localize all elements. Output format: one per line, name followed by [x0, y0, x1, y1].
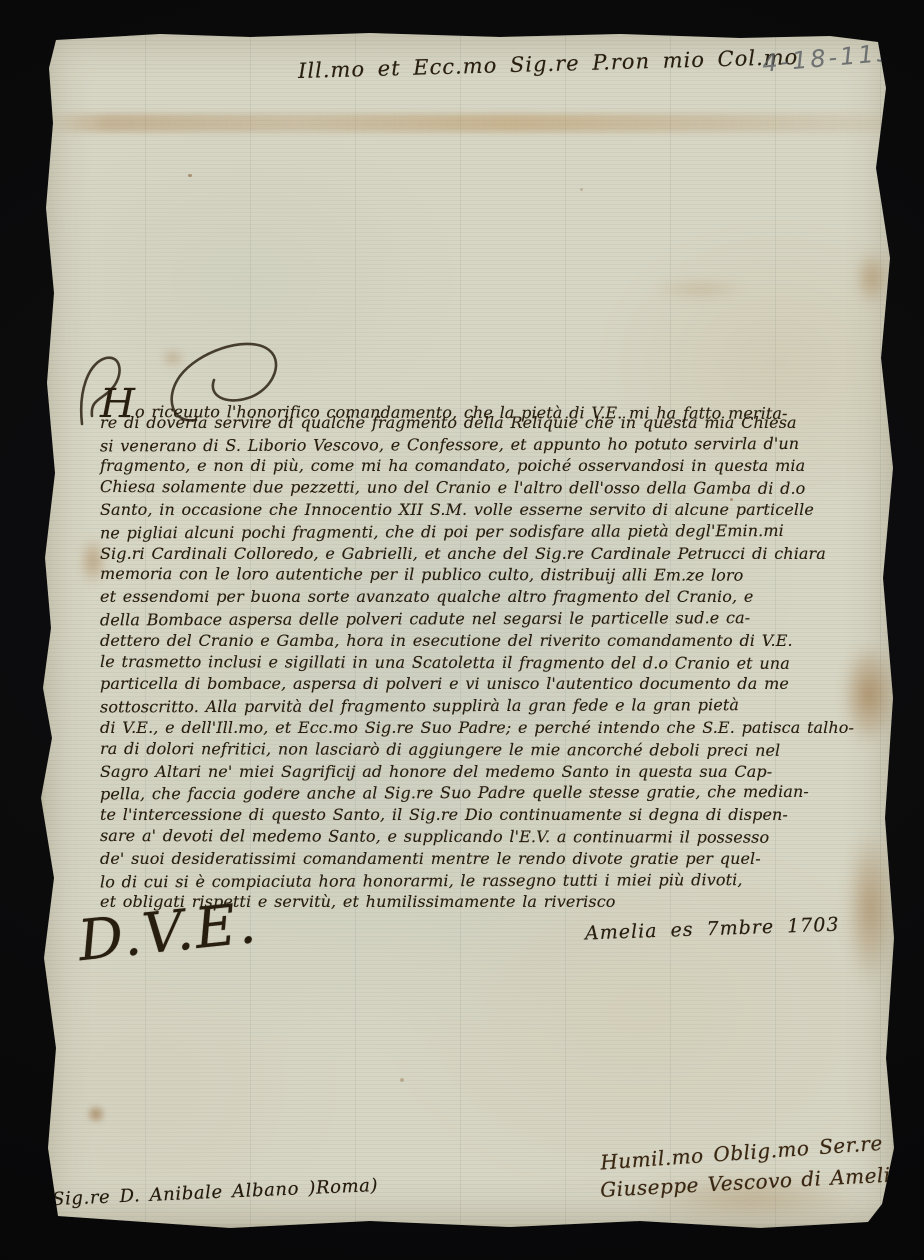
manuscript-line: Santo, in occasione che Innocentio XII S… — [100, 499, 882, 521]
signature-block: Humil.mo Oblig.mo Ser.re Giuseppe Vescov… — [600, 1140, 900, 1194]
manuscript-line: particella di bombace, aspersa di polver… — [100, 673, 882, 695]
ink-speck — [580, 188, 583, 191]
manuscript-line: dettero del Cranio e Gamba, hora in esec… — [100, 630, 882, 652]
manuscript-line: et essendomi per buona sorte avanzato qu… — [100, 586, 882, 608]
manuscript-line: sare a' devoti del medemo Santo, e suppl… — [100, 825, 882, 849]
manuscript-line: le trasmetto inclusi e sigillati in una … — [100, 651, 882, 675]
fold-stain-band — [40, 114, 896, 132]
manuscript-line: pella, che faccia godere anche al Sig.re… — [100, 781, 882, 806]
manuscript-line: Sagro Altari ne' miei Sagrificij ad hono… — [100, 761, 882, 783]
foxing-stain — [82, 1100, 110, 1128]
ink-speck — [400, 1078, 404, 1082]
archival-number-pencil: 4-18-113 — [761, 38, 896, 77]
address-annotation: Sig.re D. Anibale Albano )Roma) — [52, 1175, 379, 1210]
foxing-stain — [640, 276, 760, 302]
manuscript-line: fragmento, e non di più, come mi ha coma… — [100, 455, 882, 477]
letter-page: Ill.mo et Ecc.mo Sig.re P.ron mio Col.mo… — [40, 28, 896, 1228]
manuscript-line: te l'intercessione di questo Santo, il S… — [100, 804, 882, 826]
manuscript-line: Sig.ri Cardinali Colloredo, e Gabrielli,… — [100, 543, 882, 565]
manuscript-line: Ho riceuuto l'honorifico comandamento, c… — [100, 389, 882, 413]
manuscript-line: lo di cui si è compiaciuta hora honorarm… — [100, 868, 882, 893]
manuscript-line: si venerano di S. Liborio Vescovo, e Con… — [100, 432, 882, 457]
foxing-stain — [848, 240, 896, 316]
salutation-line: Ill.mo et Ecc.mo Sig.re P.ron mio Col.mo — [298, 45, 798, 83]
photographed-document-on-black: { "document_type": "Manuscript letter, A… — [0, 0, 924, 1260]
manuscript-line: memoria con le loro autentiche per il pu… — [100, 563, 882, 587]
dateline: Amelia es 7mbre 1703 — [585, 914, 840, 945]
manuscript-line: ra di dolori nefritici, non lasciarò di … — [100, 738, 882, 762]
manuscript-line: di V.E., e dell'Ill.mo, et Ecc.mo Sig.re… — [100, 717, 882, 739]
manuscript-line: de' suoi desideratissimi comandamenti me… — [100, 848, 882, 870]
manuscript-line: ne pigliai alcuni pochi fragmenti, che d… — [100, 519, 882, 544]
manuscript-line: della Bombace aspersa delle polveri cadu… — [100, 607, 882, 632]
manuscript-line: Chiesa solamente due pezzetti, uno del C… — [100, 476, 882, 500]
letter-body: Ho riceuuto l'honorifico comandamento, c… — [100, 390, 882, 913]
ink-speck — [188, 174, 192, 177]
manuscript-line: sottoscritto. Alla parvità del fragmento… — [100, 694, 882, 719]
